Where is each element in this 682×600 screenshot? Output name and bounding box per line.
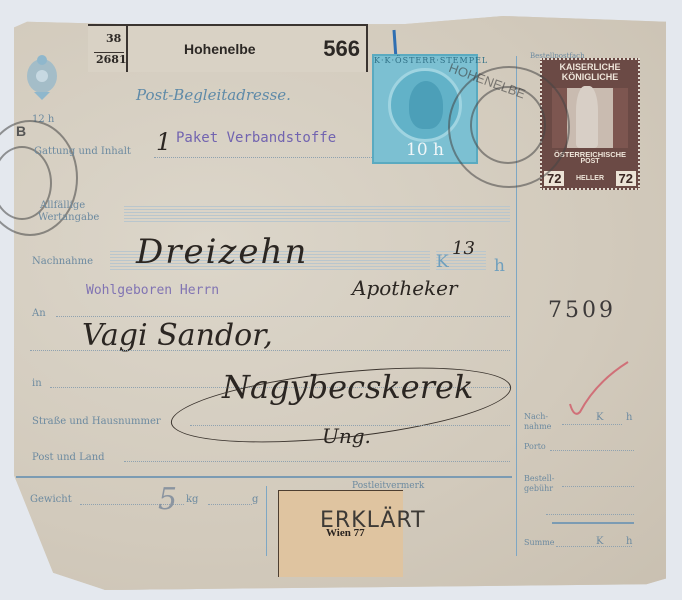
label-number-cell: 38 2681 xyxy=(88,26,128,72)
stamp-line-1: KAISERLICHE xyxy=(542,62,638,72)
to-label: An xyxy=(32,308,46,319)
portrait-icon xyxy=(409,81,443,129)
parcel-number: 566 xyxy=(323,36,360,62)
document-title: Post-Begleitadresse. xyxy=(136,86,291,104)
in-label: in xyxy=(32,378,42,389)
city: Nagybecskerek xyxy=(222,368,473,406)
salutation: Wohlgeboren Herrn xyxy=(86,283,219,298)
weight-unit-g: g xyxy=(252,494,258,505)
divider-main xyxy=(16,476,512,478)
eagle-crest-icon xyxy=(22,52,62,102)
blank-line xyxy=(546,514,634,515)
stamp-line-2: KÖNIGLICHE xyxy=(542,72,638,82)
cod-sub: h xyxy=(494,256,505,276)
total-h: h xyxy=(626,536,632,547)
label-number-bottom: 2681 xyxy=(94,52,124,66)
contents-value: Paket Verbandstoffe xyxy=(176,130,336,146)
origin-label: 38 2681 Hohenelbe 566 xyxy=(88,24,368,72)
side-cod-label-2: nahme xyxy=(524,422,551,431)
side-cod-k: K xyxy=(596,412,603,423)
recipient-title: Apotheker xyxy=(352,276,458,300)
fee-label-2: gebühr xyxy=(524,484,553,493)
stamp-currency: HELLER xyxy=(576,175,604,182)
label-number-top: 38 xyxy=(106,32,121,45)
name-line xyxy=(30,350,510,351)
right-postmark-inner xyxy=(470,86,546,164)
customs-office: Wien 77 xyxy=(326,527,365,539)
label-border xyxy=(366,26,368,72)
contents-line xyxy=(154,157,386,158)
total-label: Summe xyxy=(524,538,555,547)
fee-label-1: Bestell- xyxy=(524,474,555,483)
left-postmark-text: BE ... 4 · 15 · 5 xyxy=(16,124,26,138)
cod-label: Nachnahme xyxy=(32,256,93,267)
total-k: K xyxy=(596,536,603,547)
stamp-values: 72 HELLER 72 xyxy=(544,171,636,186)
weight-divider xyxy=(266,486,267,556)
post-country-line xyxy=(124,461,510,462)
stamp-value-right: 72 xyxy=(616,171,636,186)
contents-label: Gattung und Inhalt xyxy=(34,146,131,157)
street-label: Straße und Hausnummer xyxy=(32,416,161,427)
post-country-label: Post und Land xyxy=(32,452,105,463)
porto-line xyxy=(550,450,634,451)
red-checkmark-icon xyxy=(566,360,636,420)
cod-amount: 13 xyxy=(452,238,475,259)
weight-unit-kg: kg xyxy=(186,494,198,505)
weight-value: 5 xyxy=(158,482,177,517)
porto-label: Porto xyxy=(524,442,546,451)
sum-divider xyxy=(552,522,634,524)
value-hatched-field xyxy=(124,204,510,222)
fee-line xyxy=(562,486,634,487)
origin-place: Hohenelbe xyxy=(184,41,256,57)
recipient-name: Vagi Sandor, xyxy=(82,318,273,353)
country: Ung. xyxy=(322,424,371,448)
side-number: 7509 xyxy=(548,298,616,323)
weight-label: Gewicht xyxy=(30,494,72,505)
emperor-figure-icon xyxy=(576,86,598,148)
to-line xyxy=(56,316,510,317)
contents-mark: 1 xyxy=(156,128,171,156)
side-cod-h: h xyxy=(626,412,632,423)
total-line xyxy=(556,546,632,547)
side-cod-label-1: Nach- xyxy=(524,412,548,421)
weight-line-g xyxy=(208,504,252,505)
cod-currency: K xyxy=(436,252,449,272)
value-label-2: Wertangabe xyxy=(38,212,99,223)
side-cod-line xyxy=(562,424,622,425)
value-label-1: Allfällige xyxy=(40,200,85,211)
cod-value: Dreizehn xyxy=(136,232,308,272)
